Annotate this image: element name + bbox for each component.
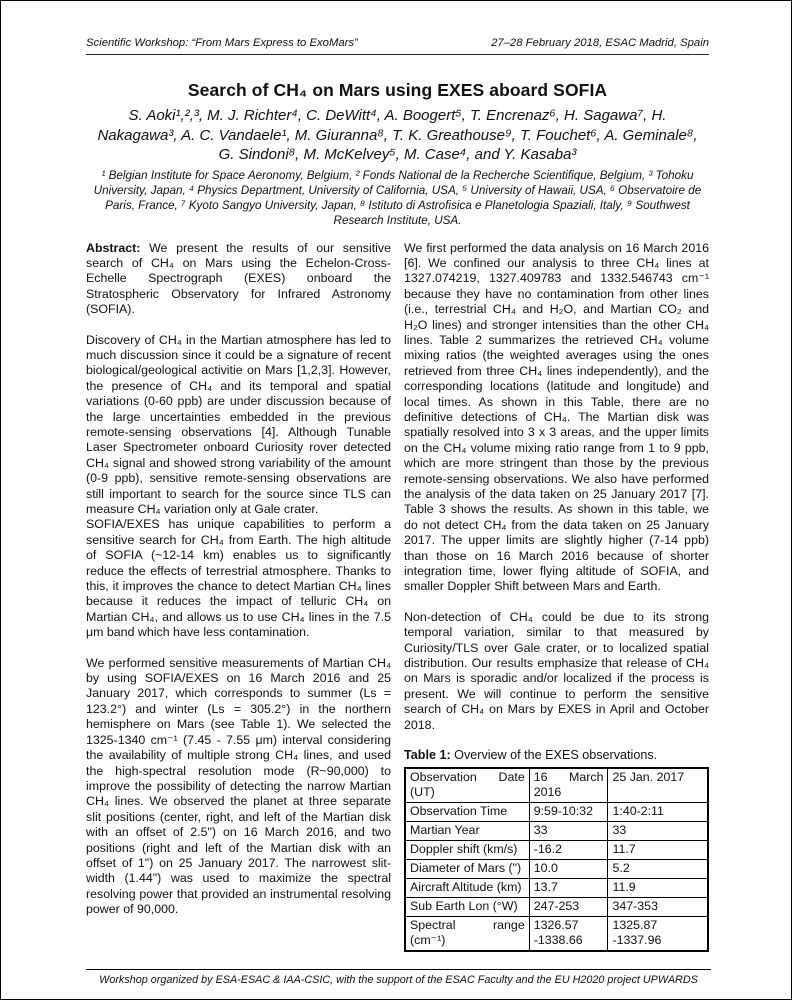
table-cell: 247-253 xyxy=(529,897,608,916)
column-left: Abstract: We present the results of our … xyxy=(86,241,391,952)
table-cell: Observation Date (UT) xyxy=(405,768,529,803)
table-cell: Martian Year xyxy=(405,821,529,840)
observations-table-body: Observation Date (UT)16 March 201625 Jan… xyxy=(405,768,708,951)
table-cell: 25 Jan. 2017 xyxy=(608,768,708,803)
column-right: We first performed the data analysis on … xyxy=(404,241,709,952)
table-caption-text: Overview of the EXES observations. xyxy=(451,748,658,762)
table-row: Doppler shift (km/s)-16.211.7 xyxy=(405,840,708,859)
table-cell: Sub Earth Lon (°W) xyxy=(405,897,529,916)
table-cell: 11.9 xyxy=(608,878,708,897)
table-cell: 10.0 xyxy=(529,859,608,878)
table-cell: 1326.57 -1338.66 xyxy=(529,916,608,951)
paragraph-non-detection: Non-detection of CH₄ could be due to its… xyxy=(404,610,709,733)
table-row: Sub Earth Lon (°W)247-253347-353 xyxy=(405,897,708,916)
page-header: Scientific Workshop: “From Mars Express … xyxy=(86,37,709,55)
table-row: Aircraft Altitude (km)13.711.9 xyxy=(405,878,708,897)
table-cell: 11.7 xyxy=(608,840,708,859)
paragraph-measurements: We performed sensitive measurements of M… xyxy=(86,656,391,918)
table-cell: Spectral range (cm⁻¹) xyxy=(405,916,529,951)
table-cell: 33 xyxy=(608,821,708,840)
table-cell: 347-353 xyxy=(608,897,708,916)
table-cell: -16.2 xyxy=(529,840,608,859)
table-cell: Diameter of Mars (") xyxy=(405,859,529,878)
table-caption-label: Table 1: xyxy=(404,748,451,762)
table-cell: 9:59-10:32 xyxy=(529,802,608,821)
observations-table: Observation Date (UT)16 March 201625 Jan… xyxy=(404,767,709,952)
table-row: Diameter of Mars (")10.05.2 xyxy=(405,859,708,878)
paragraph-sofia-exes: SOFIA/EXES has unique capabilities to pe… xyxy=(86,517,391,640)
table-cell: Doppler shift (km/s) xyxy=(405,840,529,859)
paper-page: Scientific Workshop: “From Mars Express … xyxy=(0,0,792,1000)
table-row: Observation Time9:59-10:321:40-2:11 xyxy=(405,802,708,821)
table-cell: 13.7 xyxy=(529,878,608,897)
abstract-paragraph: Abstract: We present the results of our … xyxy=(86,241,391,318)
table-row: Spectral range (cm⁻¹)1326.57 -1338.66132… xyxy=(405,916,708,951)
table-cell: 1:40-2:11 xyxy=(608,802,708,821)
table-cell: 33 xyxy=(529,821,608,840)
page-footer: Workshop organized by ESA-ESAC & IAA-CSI… xyxy=(86,969,711,986)
header-date-location: 27–28 February 2018, ESAC Madrid, Spain xyxy=(491,37,709,49)
table-cell: 5.2 xyxy=(608,859,708,878)
paragraph-discovery: Discovery of CH₄ in the Martian atmosphe… xyxy=(86,333,391,518)
table-cell: Aircraft Altitude (km) xyxy=(405,878,529,897)
footer-text: Workshop organized by ESA-ESAC & IAA-CSI… xyxy=(86,974,711,986)
header-workshop-title: Scientific Workshop: “From Mars Express … xyxy=(86,37,358,49)
paragraph-data-analysis: We first performed the data analysis on … xyxy=(404,241,709,595)
table-cell: 16 March 2016 xyxy=(529,768,608,803)
author-list: S. Aoki¹,²,³, M. J. Richter⁴, C. DeWitt⁴… xyxy=(86,106,709,165)
table-cell: 1325.87 -1337.96 xyxy=(608,916,708,951)
affiliation-list: ¹ Belgian Institute for Space Aeronomy, … xyxy=(86,168,709,228)
page-content: Scientific Workshop: “From Mars Express … xyxy=(1,37,791,952)
abstract-label: Abstract: xyxy=(86,241,140,255)
two-column-body: Abstract: We present the results of our … xyxy=(86,241,709,952)
table-cell: Observation Time xyxy=(405,802,529,821)
paper-title: Search of CH₄ on Mars using EXES aboard … xyxy=(86,80,709,101)
table-caption: Table 1: Overview of the EXES observatio… xyxy=(404,748,709,763)
table-row: Martian Year3333 xyxy=(405,821,708,840)
table-row: Observation Date (UT)16 March 201625 Jan… xyxy=(405,768,708,803)
